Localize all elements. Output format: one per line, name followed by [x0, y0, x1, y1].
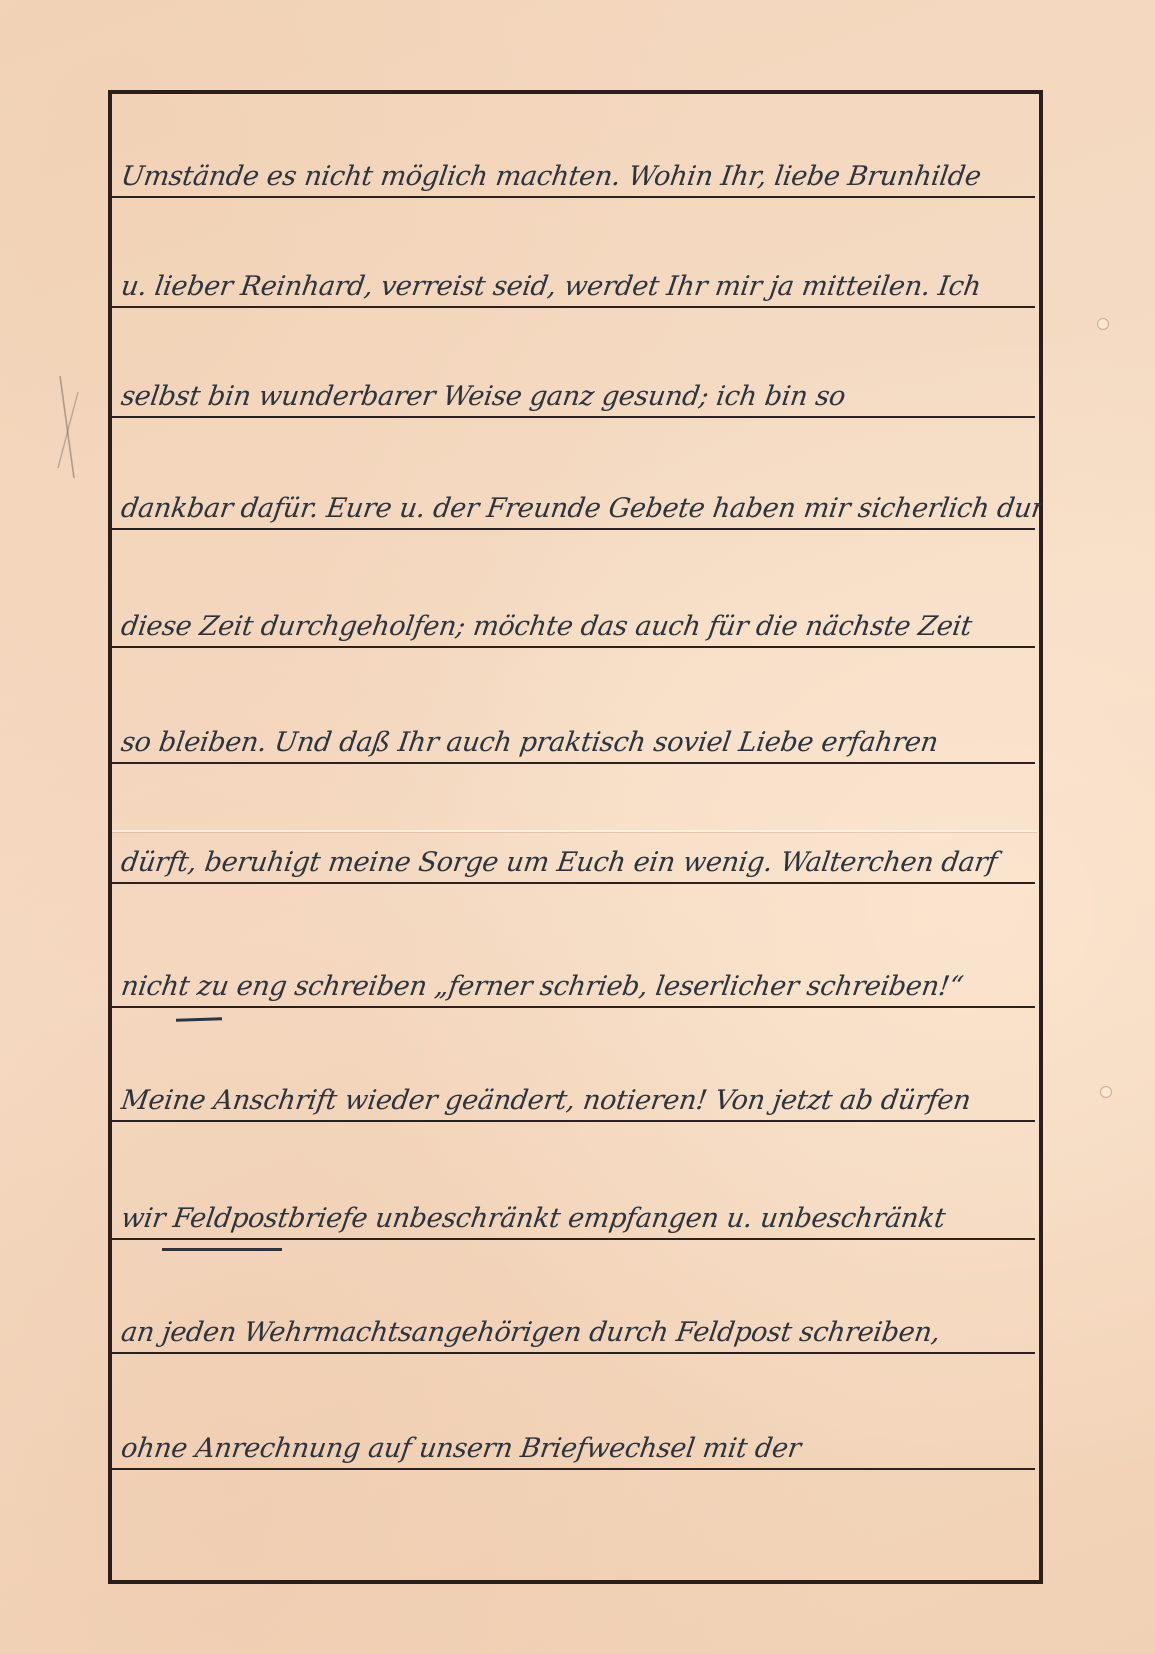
handwritten-line-6: so bleiben. Und daß Ihr auch praktisch s…: [118, 720, 1044, 766]
handwritten-line-9: Meine Anschrift wieder geändert, notiere…: [118, 1078, 1044, 1124]
punch-hole-mark: [1097, 318, 1109, 330]
handwritten-line-2: u. lieber Reinhard, verreist seid, werde…: [118, 264, 1044, 310]
underline-stroke-feldpost: [162, 1248, 282, 1251]
paper-fold-crease: [112, 830, 1037, 832]
letter-page: Umstände es nicht möglich machten. Wohin…: [0, 0, 1155, 1654]
pencil-x-mark-icon: [52, 372, 80, 482]
handwritten-line-7: dürft, beruhigt meine Sorge um Euch ein …: [118, 840, 1044, 886]
handwritten-line-3: selbst bin wunderbarer Weise ganz gesund…: [118, 374, 1044, 420]
handwritten-line-4: dankbar dafür. Eure u. der Freunde Gebet…: [118, 486, 1044, 532]
handwritten-line-5: diese Zeit durchgeholfen; möchte das auc…: [118, 604, 1044, 650]
handwritten-line-12: ohne Anrechnung auf unsern Briefwechsel …: [118, 1426, 1044, 1472]
handwritten-line-8: nicht zu eng schreiben „ferner schrieb, …: [118, 964, 1044, 1010]
handwritten-line-10: wir Feldpostbriefe unbeschränkt empfange…: [118, 1196, 1044, 1242]
punch-hole-mark: [1100, 1086, 1112, 1098]
page-frame-border: [108, 90, 1043, 1584]
handwritten-line-1: Umstände es nicht möglich machten. Wohin…: [118, 154, 1044, 200]
handwritten-line-11: an jeden Wehrmachtsangehörigen durch Fel…: [118, 1310, 1044, 1356]
